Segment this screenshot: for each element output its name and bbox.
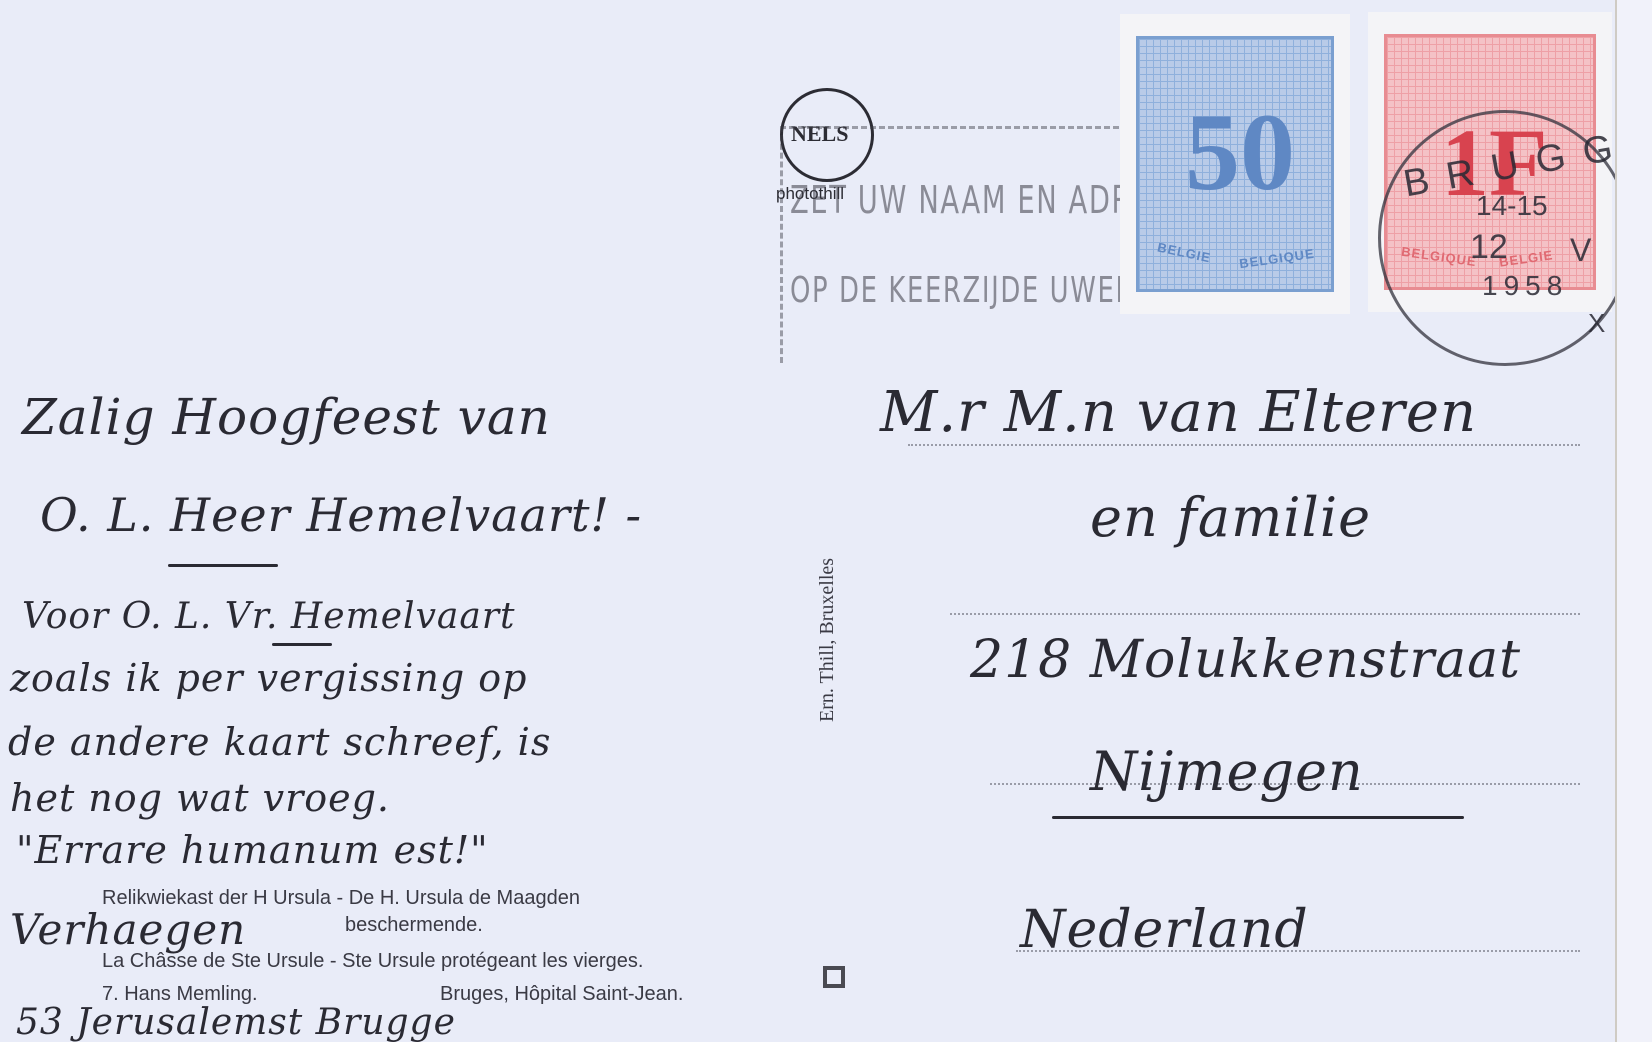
stamp-denomination: 50 <box>1185 89 1295 216</box>
publisher-credit: Ern. Thill, Bruxelles <box>816 558 839 722</box>
postmark-mark: X <box>1588 308 1605 339</box>
address-line-2: en familie <box>1090 486 1371 549</box>
machine-cancel-line-1: ZET UW NAAM EN ADRES <box>790 178 1170 222</box>
address-rule-2 <box>950 613 1580 615</box>
message-line-4: zoals ik per vergissing op <box>10 656 527 700</box>
postcard-back: Zalig Hoogfeest van O. L. Heer Hemelvaar… <box>0 0 1615 1042</box>
stamp-50c: 50 BELGIE BELGIQUE <box>1120 14 1350 314</box>
stamp-country-left: BELGIE <box>1156 240 1212 266</box>
sender-address: 53 Jerusalemst Brugge <box>16 1002 456 1042</box>
caption-line-4-left: 7. Hans Memling. <box>102 983 258 1006</box>
caption-line-3: La Châsse de Ste Ursule - Ste Ursule pro… <box>102 950 643 973</box>
card-edge <box>1615 0 1652 1042</box>
message-underline-vr <box>272 643 332 646</box>
stamp-country-right: BELGIQUE <box>1238 246 1315 271</box>
message-line-6: het nog wat vroeg. <box>10 776 390 820</box>
address-line-5: Nederland <box>1020 900 1309 960</box>
postmark-month: V <box>1570 232 1591 269</box>
caption-line-1: Relikwiekast der H Ursula - De H. Ursula… <box>102 887 580 910</box>
message-line-2: O. L. Heer Hemelvaart! - <box>40 488 642 542</box>
message-line-7: "Errare humanum est!" <box>16 828 489 872</box>
caption-line-2: beschermende. <box>345 914 483 937</box>
square-mark-icon <box>823 966 845 988</box>
address-line-4: Nijmegen <box>1090 740 1364 803</box>
message-line-5: de andere kaart schreef, is <box>8 720 551 764</box>
signature: Verhaegen <box>10 905 246 954</box>
postmark-year: 1958 <box>1482 270 1568 302</box>
postmark-time: 14-15 <box>1476 190 1548 222</box>
message-line-1: Zalig Hoogfeest van <box>22 388 551 446</box>
postmark-day: 12 <box>1470 228 1508 267</box>
message-line-3: Voor O. L. Vr. Hemelvaart <box>22 596 516 637</box>
message-underline-heer <box>168 564 278 567</box>
address-underline-city <box>1052 816 1464 819</box>
address-line-3: 218 Molukkenstraat <box>970 630 1521 690</box>
caption-line-4-right: Bruges, Hôpital Saint-Jean. <box>440 983 683 1006</box>
address-line-1: M.r M.n van Elteren <box>880 380 1477 445</box>
